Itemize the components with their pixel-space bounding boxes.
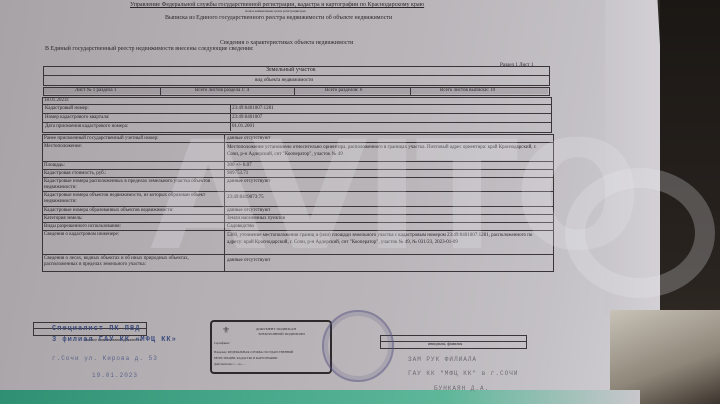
stamp-left-line: 3 филиал ГАУ КК «МФЦ КК» (52, 337, 177, 344)
avito-watermark: AVITO (150, 110, 638, 284)
document-title: Выписка из Единого государственного реес… (165, 15, 392, 21)
field-label: Местоположение: (44, 144, 82, 149)
field-label: Кадастровая стоимость, руб.: (44, 171, 106, 176)
extract-date: 18.01.2023г. (44, 98, 69, 103)
ecp-line: Сертификат: (214, 342, 230, 345)
ecp-line: РЕГИСТРАЦИИ, КАДАСТРА И КАРТОГРАФИИ (214, 357, 277, 360)
initials-caption: инициалы, фамилия (428, 342, 462, 346)
stamp-left-date: 19.01.2023 (92, 373, 138, 379)
field-label: Кадастровый номер: (45, 106, 89, 111)
field-label: Категория земель: (44, 216, 83, 221)
field-label: Ранее присвоенный государственный учетны… (44, 136, 159, 141)
ecp-line: Действителен: с ... по ... (214, 363, 245, 366)
ecp-line: ДОКУМЕНТ ПОДПИСАН (256, 328, 296, 332)
field-label: Площадь: (44, 163, 65, 168)
intro-text: В Единый государственный реестр недвижим… (45, 46, 254, 52)
object-type: Земельный участок (266, 67, 316, 73)
watermark-ring (565, 168, 715, 298)
stamp-left-line: Специалист ПК ПВД (52, 326, 140, 333)
ecp-line: ЭЛЕКТРОННОЙ ПОДПИСЬЮ (258, 333, 305, 337)
field-label: Номер кадастрового квартала: (45, 115, 109, 120)
field-label: Дата присвоения кадастрового номера: (45, 124, 128, 129)
ecp-line: Владелец: ФЕДЕРАЛЬНАЯ СЛУЖБА ГОСУДАРСТВЕ… (214, 351, 293, 354)
divider (160, 87, 161, 95)
stamp-left-line: г.Сочи ул. Кирова д. 53 (52, 356, 158, 362)
agency-header: Управление Федеральной службы государств… (130, 2, 424, 8)
object-type-caption: вид объекта недвижимости (255, 78, 313, 83)
stamp-right-line: БУНКАЯН Д.А. (434, 386, 489, 392)
field-label: Виды разрешенного использования: (44, 224, 121, 229)
round-seal-stamp (322, 310, 394, 382)
sheets-in-section: Всего листов раздела 1: 4 (195, 88, 249, 93)
agency-subheader: полное наименование органа регистрации п… (245, 10, 306, 13)
sheet-number: Лист № 1 раздела 1 (75, 88, 116, 93)
divider (294, 87, 295, 95)
divider (410, 87, 411, 95)
stamp-right-line: ЗАМ РУК ФИЛИАЛА (408, 357, 477, 363)
field-label: Сведения о кадастровом инженере: (44, 232, 119, 237)
stamp-right-line: ГАУ КК "МФЦ КК" в г.СОЧИ (408, 371, 518, 377)
sections-total: Всего разделов: 6 (325, 88, 362, 93)
divider (43, 75, 549, 76)
emblem-icon: ⚜ (222, 326, 230, 335)
green-surface (0, 390, 640, 404)
divider (42, 104, 551, 105)
sheets-total: Всего листов выписки: 10 (440, 88, 495, 93)
